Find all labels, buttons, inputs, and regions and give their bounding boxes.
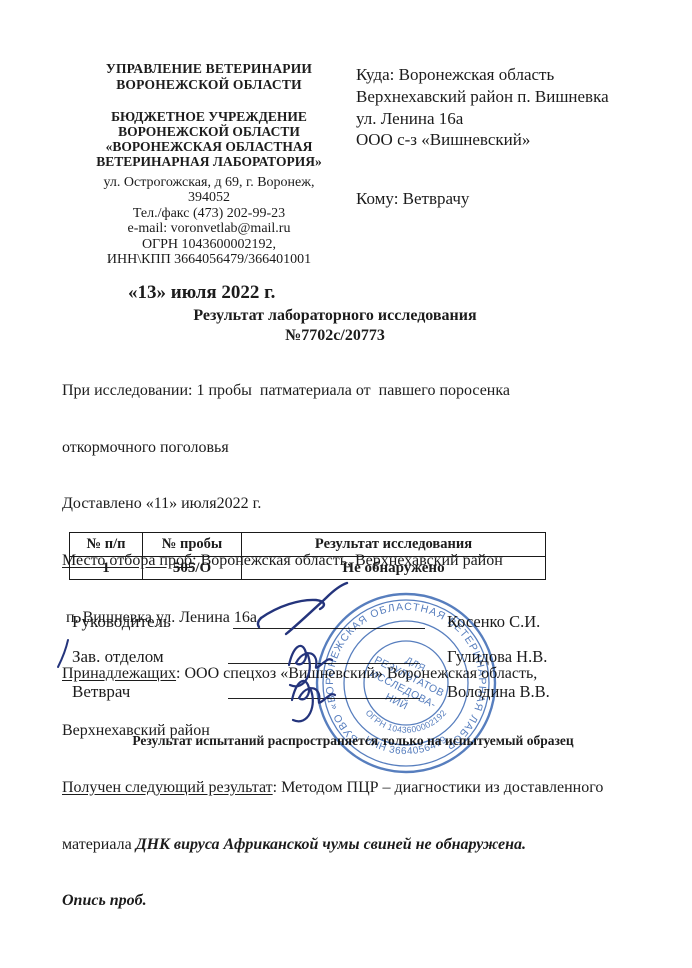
sender-street: ул. Острогожская, д 69, г. Воронеж, [58,175,360,190]
samples-list-heading: Опись проб. [62,892,634,911]
signature-line [233,628,425,629]
sender-authority: УПРАВЛЕНИЕ ВЕТЕРИНАРИИ ВОРОНЕЖСКОЙ ОБЛАС… [58,61,360,92]
signature-line [228,698,420,699]
recipient-line: Куда: Воронежская область [356,64,666,86]
sender-phone: Тел./факс (473) 202-99-23 [58,206,360,221]
recipient-attention: Кому: Ветврачу [356,189,469,209]
result-value: : Методом ПЦР – диагностики из доставлен… [273,779,604,796]
sender-organization: БЮДЖЕТНОЕ УЧРЕЖДЕНИЕ ВОРОНЕЖСКОЙ ОБЛАСТИ… [58,109,360,169]
column-header-number: № п/п [70,533,143,557]
document-date: «13» июля 2022 г. [128,282,275,304]
owner-value: : ООО спецхоз «Вишневский» Воронежская о… [176,665,537,682]
column-header-sample: № пробы [143,533,242,557]
body-line: откормочного поголовья [62,439,634,458]
recipient-line: Верхнехавский район п. Вишневка [356,86,666,108]
table-row: 1 505/О Не обнаружено [70,557,546,580]
result-conclusion: ДНК вируса Африканской чумы свиней не об… [136,836,526,853]
signature-role-vet: Ветврач [72,682,130,702]
cell-sample-id: 505/О [143,557,242,580]
body-line: Получен следующий результат: Методом ПЦР… [62,779,634,798]
result-material: материала [62,836,136,853]
sender-inn-kpp: ИНН\КПП 3664056479/366401001 [58,252,360,267]
owner-label: Принадлежащих [62,665,176,682]
signature-name-director: Косенко С.И. [447,612,540,632]
document-title: Результат лабораторного исследования [60,307,610,325]
footer-disclaimer: Результат испытаний распространяется тол… [60,733,646,749]
scanned-lab-result-document: УПРАВЛЕНИЕ ВЕТЕРИНАРИИ ВОРОНЕЖСКОЙ ОБЛАС… [0,0,692,968]
recipient-line: ул. Ленина 16а [356,108,666,130]
sender-authority-line: УПРАВЛЕНИЕ ВЕТЕРИНАРИИ [58,61,360,77]
sender-block: УПРАВЛЕНИЕ ВЕТЕРИНАРИИ ВОРОНЕЖСКОЙ ОБЛАС… [58,61,360,267]
body-line: Доставлено «11» июля2022 г. [62,495,634,514]
sender-authority-line: ВОРОНЕЖСКОЙ ОБЛАСТИ [58,77,360,93]
sender-contacts: ул. Острогожская, д 69, г. Воронеж, 3940… [58,175,360,267]
body-line: При исследовании: 1 пробы патматериала о… [62,382,634,401]
sender-org-line: БЮДЖЕТНОЕ УЧРЕЖДЕНИЕ [58,109,360,124]
signature-role-director: Руководитель [72,612,171,632]
document-number: №7702с/20773 [60,327,610,345]
result-label: Получен следующий результат [62,779,273,796]
recipient-line: ООО с-з «Вишневский» [356,129,666,151]
signature-name-dept-head: Гулидова Н.В. [447,647,547,667]
recipient-block: Куда: Воронежская область Верхнехавский … [356,64,666,151]
column-header-result: Результат исследования [242,533,546,557]
sender-org-line: ВЕТЕРИНАРНАЯ ЛАБОРАТОРИЯ» [58,154,360,169]
sender-postcode: 394052 [58,190,360,205]
signature-name-vet: Володина В.В. [447,682,550,702]
signature-line [228,663,420,664]
signature-role-dept-head: Зав. отделом [72,647,164,667]
sender-email: e-mail: voronvetlab@mail.ru [58,221,360,236]
table-header-row: № п/п № пробы Результат исследования [70,533,546,557]
cell-result: Не обнаружено [242,557,546,580]
sender-ogrn: ОГРН 1043600002192, [58,237,360,252]
sender-org-line: ВОРОНЕЖСКОЙ ОБЛАСТИ [58,124,360,139]
samples-table: № п/п № пробы Результат исследования 1 5… [69,532,546,580]
sender-org-line: «ВОРОНЕЖСКАЯ ОБЛАСТНАЯ [58,139,360,154]
cell-number: 1 [70,557,143,580]
body-line: материала ДНК вируса Африканской чумы св… [62,836,634,855]
